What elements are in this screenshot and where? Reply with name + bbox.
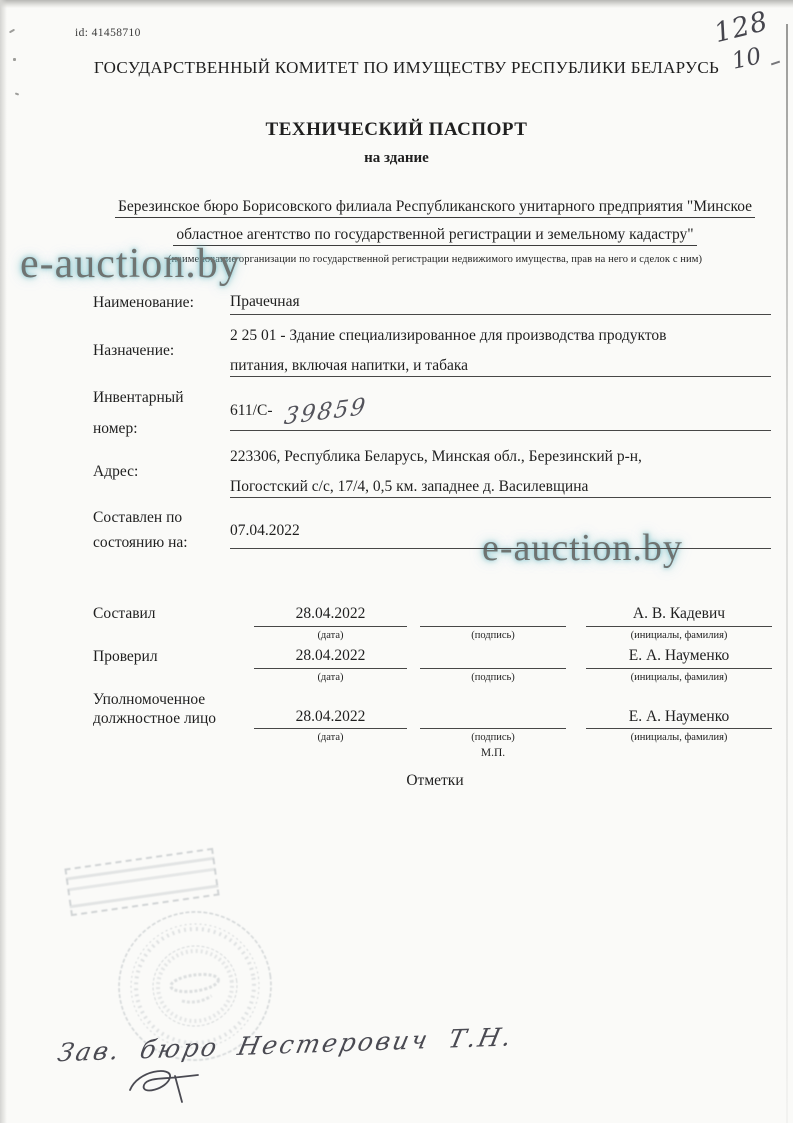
signature-date: 28.04.2022 <box>254 604 407 627</box>
field-label-inventory-2: номер: <box>93 420 138 438</box>
address-value-line2: Погостский с/с, 17/4, 0,5 км. западнее д… <box>230 477 771 498</box>
scan-page-edge-line <box>786 24 788 1123</box>
pencil-mark <box>13 58 16 61</box>
field-label-compiled-2: состоянию на: <box>93 534 188 552</box>
document-subtitle: на здание <box>0 150 793 167</box>
field-label-name: Наименование: <box>93 294 194 312</box>
caption-date: (дата) <box>254 672 407 683</box>
inventory-handwritten-number: 39859 <box>283 394 369 431</box>
signature-line-empty <box>420 707 566 729</box>
committee-header: ГОСУДАРСТВЕННЫЙ КОМИТЕТ ПО ИМУЩЕСТВУ РЕС… <box>25 58 788 78</box>
field-label-address: Адрес: <box>93 463 138 481</box>
signature-role-compiler: Составил <box>93 605 156 623</box>
field-value-name: Прачечная <box>230 292 771 315</box>
field-value-compiled-date: 07.04.2022 <box>230 521 771 549</box>
document-id: id: 41458710 <box>75 27 141 39</box>
field-label-inventory-1: Инвентарный <box>93 389 184 407</box>
stamp-place-label: М.П. <box>420 747 566 759</box>
purpose-value-line1: 2 25 01 - Здание специализированное для … <box>230 326 771 356</box>
handwritten-page-number: 128 <box>711 6 771 49</box>
signature-line-empty <box>420 646 566 669</box>
caption-name: (инициалы, фамилия) <box>586 630 772 641</box>
signature-date: 28.04.2022 <box>254 646 407 669</box>
scan-left-edge <box>0 0 7 1123</box>
scan-top-edge <box>0 0 793 8</box>
inventory-printed-prefix: 611/С- <box>230 402 272 419</box>
address-value-line1: 223306, Республика Беларусь, Минская обл… <box>230 447 771 477</box>
purpose-value-line2: питания, включая напитки, и табака <box>230 356 771 377</box>
organization-name-line2: областное агентство по государственной р… <box>173 225 696 246</box>
handwritten-signature-flourish <box>120 1064 230 1112</box>
signature-name: Е. А. Науменко <box>586 646 772 669</box>
signature-role-checker: Проверил <box>93 648 158 666</box>
field-value-address: 223306, Республика Беларусь, Минская обл… <box>230 447 771 498</box>
pencil-mark <box>15 92 19 95</box>
watermark-e-auction: e-auction.by <box>20 240 241 288</box>
pencil-mark <box>9 29 15 34</box>
field-value-inventory: 611/С-39859 <box>230 399 771 431</box>
caption-name: (инициалы, фамилия) <box>586 672 772 683</box>
signature-name: А. В. Кадевич <box>586 604 772 627</box>
signature-role-official: Уполномоченное должностное лицо <box>93 690 257 728</box>
field-label-purpose: Назначение: <box>93 342 174 360</box>
caption-sign: (подпись) <box>420 732 566 743</box>
signature-line-empty <box>420 604 566 627</box>
scanned-document-page: id: 41458710 128 10 ГОСУДАРСТВЕННЫЙ КОМИ… <box>0 0 793 1123</box>
signature-date: 28.04.2022 <box>254 707 407 729</box>
marks-section-title: Отметки <box>90 772 780 790</box>
caption-name: (инициалы, фамилия) <box>586 732 772 743</box>
caption-sign: (подпись) <box>420 630 566 641</box>
field-label-compiled-1: Составлен по <box>93 509 182 527</box>
caption-date: (дата) <box>254 732 407 743</box>
caption-date: (дата) <box>254 630 407 641</box>
signature-name: Е. А. Науменко <box>586 707 772 729</box>
caption-sign: (подпись) <box>420 672 566 683</box>
organization-name-line1: Березинское бюро Борисовского филиала Ре… <box>115 197 755 218</box>
field-value-purpose: 2 25 01 - Здание специализированное для … <box>230 326 771 377</box>
document-title: ТЕХНИЧЕСКИЙ ПАСПОРТ <box>0 119 793 141</box>
